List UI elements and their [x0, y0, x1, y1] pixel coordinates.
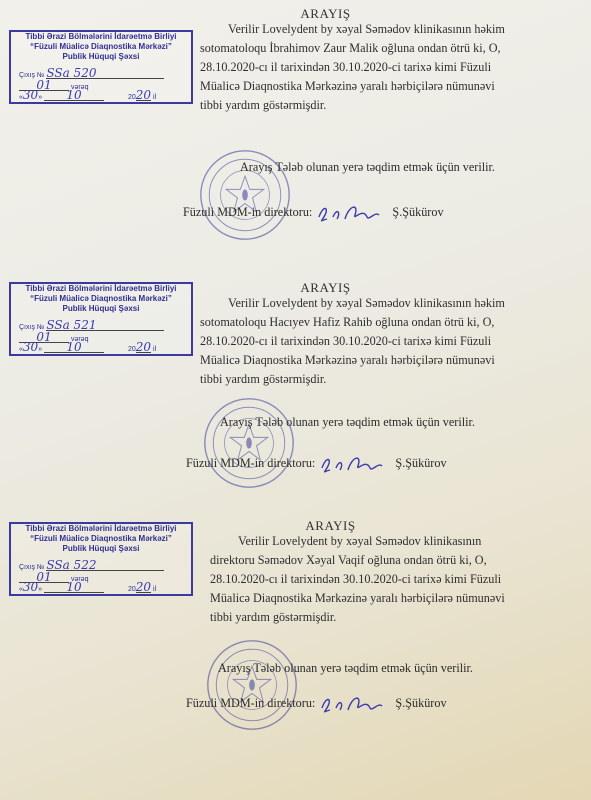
- body-line: Müalicə Diaqnostika Mərkəzinə yaralı hər…: [200, 351, 580, 370]
- certificate-body: Verilir Lovelydent by xəyal Səmədov klin…: [200, 20, 580, 115]
- body-line: tibbi yardım göstərmişdir.: [200, 370, 580, 389]
- closing-line: Arayış Tələb olunan yerə təqdim etmək üç…: [218, 661, 473, 676]
- stamp-year: 20: [136, 90, 151, 101]
- outgoing-number: SSa 520: [46, 68, 164, 79]
- official-seal-icon: [202, 396, 296, 490]
- stamp-day: 30: [23, 580, 38, 594]
- stamp-line-3: Publik Hüquqi Şəxsi: [11, 52, 191, 62]
- signatory-label: Füzuli MDM-in direktoru:: [186, 696, 315, 710]
- year-prefix: 20: [128, 586, 136, 593]
- year-suffix: il: [153, 586, 156, 593]
- body-line: Verilir Lovelydent by xəyal Səmədov klin…: [210, 532, 590, 551]
- stamp-year: 20: [136, 582, 151, 593]
- stamp-day: 30: [23, 88, 38, 102]
- certificate-body: Verilir Lovelydent by xəyal Səmədov klin…: [210, 532, 590, 627]
- signatory-name: Ş.Şükürov: [395, 456, 446, 470]
- outgoing-number: SSa 521: [46, 320, 164, 331]
- signatory-label: Füzuli MDM-in direktoru:: [186, 456, 315, 470]
- certificate-body: Verilir Lovelydent by xəyal Səmədov klin…: [200, 294, 580, 389]
- stamp-line-2: “Füzuli Müalicə Diaqnostika Mərkəzi”: [11, 534, 191, 544]
- body-line: tibbi yardım göstərmişdir.: [200, 96, 580, 115]
- stamp-line-3: Publik Hüquqi Şəxsi: [11, 544, 191, 554]
- body-line: Verilir Lovelydent by xəyal Səmədov klin…: [200, 20, 580, 39]
- registration-stamp: Tibbi Ərazi Bölmələrini İdarəetmə Birliy…: [9, 30, 193, 104]
- body-line: 28.10.2020-cı il tarixindən 30.10.2020-c…: [200, 58, 580, 77]
- body-line: sotomatoloqu Hacıyev Hafiz Rahib oğluna …: [200, 313, 580, 332]
- body-line: direktoru Səmədov Xəyal Vaqif oğluna ond…: [210, 551, 590, 570]
- stamp-month: 10: [44, 342, 104, 353]
- signatory-name: Ş.Şükürov: [392, 205, 443, 219]
- official-seal-icon: [205, 638, 299, 732]
- closing-line: Arayış Tələb olunan yerə təqdim etmək üç…: [220, 415, 475, 430]
- year-prefix: 20: [128, 94, 136, 101]
- stamp-year: 20: [136, 342, 151, 353]
- signature-icon: [318, 694, 388, 714]
- signature-icon: [315, 203, 385, 223]
- year-prefix: 20: [128, 346, 136, 353]
- signatory-name: Ş.Şükürov: [395, 696, 446, 710]
- signature-line: Füzuli MDM-in direktoru: Ş.Şükürov: [183, 203, 444, 223]
- closing-line: Arayış Tələb olunan yerə təqdim etmək üç…: [240, 160, 495, 175]
- scanned-page: Tibbi Ərazi Bölmələrini İdarəetmə Birliy…: [0, 0, 591, 800]
- body-line: 28.10.2020-cı il tarixindən 30.10.2020-c…: [200, 332, 580, 351]
- body-line: Müalicə Diaqnostika Mərkəzinə yaralı hər…: [200, 77, 580, 96]
- year-suffix: il: [153, 94, 156, 101]
- stamp-day: 30: [23, 340, 38, 354]
- stamp-line-3: Publik Hüquqi Şəxsi: [11, 304, 191, 314]
- body-line: Müalicə Diaqnostika Mərkəzinə yaralı hər…: [210, 589, 590, 608]
- stamp-line-1: Tibbi Ərazi Bölmələrini İdarəetmə Birliy…: [11, 32, 191, 42]
- outgoing-number: SSa 522: [46, 560, 164, 571]
- body-line: 28.10.2020-cı il tarixindən 30.10.2020-c…: [210, 570, 590, 589]
- stamp-month: 10: [44, 582, 104, 593]
- stamp-month: 10: [44, 90, 104, 101]
- signatory-label: Füzuli MDM-in direktoru:: [183, 205, 312, 219]
- signature-line: Füzuli MDM-in direktoru: Ş.Şükürov: [186, 454, 447, 474]
- year-suffix: il: [153, 346, 156, 353]
- body-line: sotomatoloqu İbrahimov Zaur Malik oğluna…: [200, 39, 580, 58]
- body-line: Verilir Lovelydent by xəyal Səmədov klin…: [200, 294, 580, 313]
- signature-icon: [318, 454, 388, 474]
- stamp-line-2: “Füzuli Müalicə Diaqnostika Mərkəzi”: [11, 42, 191, 52]
- signature-line: Füzuli MDM-in direktoru: Ş.Şükürov: [186, 694, 447, 714]
- body-line: tibbi yardım göstərmişdir.: [210, 608, 590, 627]
